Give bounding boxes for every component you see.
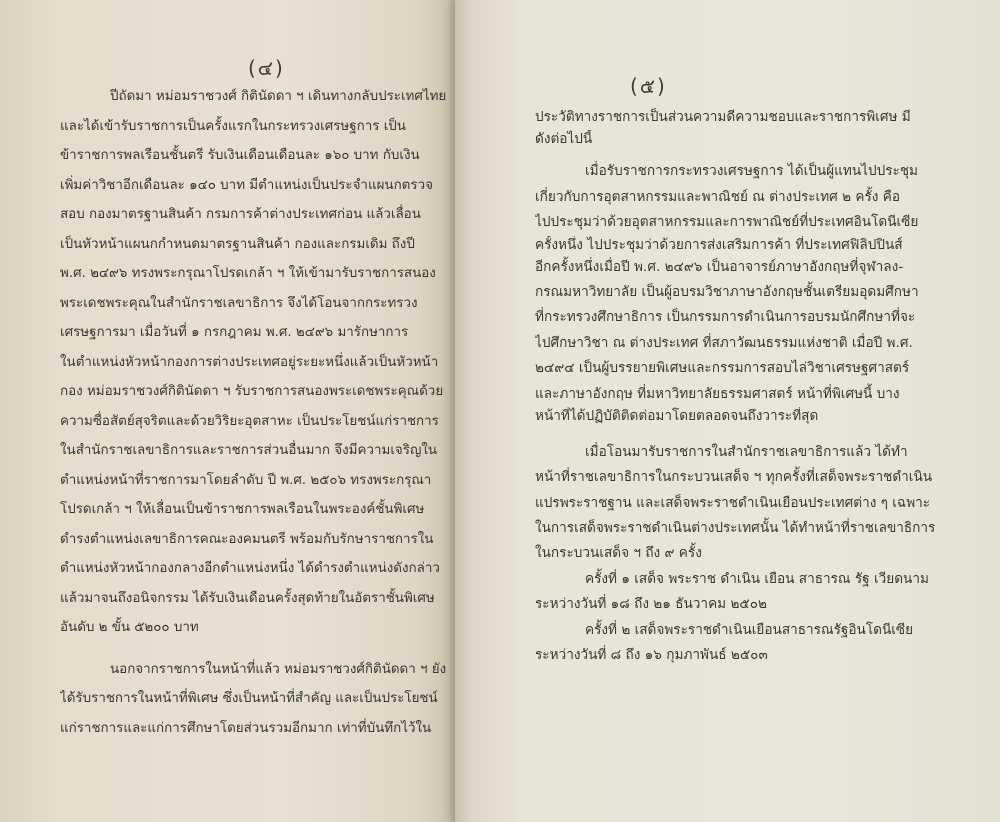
book-spread: (๔) ปีถัดมา หม่อมราชวงศ์ กิตินัดดา ฯ เดิ… — [0, 0, 1000, 822]
visit-2-line-2: ระหว่างวันที่ ๘ ถึง ๑๖ กุมภาพันธ์ ๒๕๐๓ — [535, 643, 975, 668]
text-line: ประวัติทางราชการเป็นส่วนความดีความชอบและ… — [535, 105, 975, 130]
right-page-body: ประวัติทางราชการเป็นส่วนความดีความชอบและ… — [535, 105, 975, 668]
text-line: สอบ กองมาตรฐานสินค้า กรมการค้าต่างประเทศ… — [60, 200, 505, 230]
text-line: ปีถัดมา หม่อมราชวงศ์ กิตินัดดา ฯ เดินทาง… — [60, 82, 505, 112]
visit-1-line-1: ครั้งที่ ๑ เสด็จ พระราช ดำเนิน เยือน สาธ… — [535, 567, 975, 592]
text-line: กรณมหาวิทยาลัย เป็นผู้อบรมวิชาภาษาอังกฤษ… — [535, 280, 975, 305]
text-line: เกี่ยวกับการอุตสาหกรรมและพาณิชย์ ณ ต่างป… — [535, 185, 975, 210]
text-line: ครั้งหนึ่ง ไปประชุมว่าด้วยการส่งเสริมการ… — [535, 236, 975, 255]
text-line: แล้วมาจนถึงอนิจกรรม ได้รับเงินเดือนครั้ง… — [60, 584, 505, 614]
text-line: ดำรงตำแหน่งเลขาธิการคณะองคมนตรี พร้อมกับ… — [60, 525, 505, 555]
text-line: พระเดชพระคุณในสำนักราชเลขาธิการ จึงได้โอ… — [60, 289, 505, 319]
right-page: (๕) ประวัติทางราชการเป็นส่วนความดีความชอ… — [455, 0, 1000, 822]
text-line: เมื่อรับราชการกระทรวงเศรษฐการ ได้เป็นผู้… — [535, 159, 975, 184]
paragraph-spacer — [535, 149, 975, 159]
text-line: ดังต่อไปนี้ — [535, 130, 975, 149]
text-line: หน้าที่ราชเลขาธิการในกระบวนเสด็จ ฯ ทุกคร… — [535, 465, 975, 490]
left-page: (๔) ปีถัดมา หม่อมราชวงศ์ กิตินัดดา ฯ เดิ… — [0, 0, 470, 822]
visit-2-line-1: ครั้งที่ ๒ เสด็จพระราชดำเนินเยือนสาธารณร… — [535, 618, 975, 643]
text-line: หน้าที่ได้ปฏิบัติติดต่อมาโดยตลอดจนถึงวาร… — [535, 407, 975, 426]
text-line: ในการเสด็จพระราชดำเนินต่างประเทศนั้น ได้… — [535, 516, 975, 541]
text-line: ที่กระทรวงศึกษาธิการ เป็นกรรมการดำเนินกา… — [535, 305, 975, 330]
text-line: เพิ่มค่าวิชาอีกเดือนละ ๑๔๐ บาท มีตำแหน่ง… — [60, 171, 505, 201]
paragraph-spacer — [535, 426, 975, 440]
text-line: ตำแหน่งหัวหน้ากองกลางอีกตำแหน่งหนึ่ง ได้… — [60, 554, 505, 584]
left-page-body: ปีถัดมา หม่อมราชวงศ์ กิตินัดดา ฯ เดินทาง… — [60, 82, 505, 743]
text-line: และได้เข้ารับราชการเป็นครั้งแรกในกระทรวง… — [60, 112, 505, 142]
text-line: และภาษาอังกฤษ ที่มหาวิทยาลัยธรรมศาสตร์ ห… — [535, 382, 975, 407]
text-line: เศรษฐการมา เมื่อวันที่ ๑ กรกฎาคม พ.ศ. ๒๔… — [60, 318, 505, 348]
text-line: กอง หม่อมราชวงศ์กิตินัดดา ฯ รับราชการสนอ… — [60, 377, 505, 407]
visit-1-line-2: ระหว่างวันที่ ๑๘ ถึง ๒๑ ธันวาคม ๒๕๐๒ — [535, 592, 975, 617]
text-line: ในสำนักราชเลขาธิการและราชการส่วนอื่นมาก … — [60, 436, 505, 466]
text-line: เป็นหัวหน้าแผนกกำหนดมาตรฐานสินค้า กองและ… — [60, 230, 505, 260]
text-line: ตำแหน่งหน้าที่ราชการมาโดยลำดับ ปี พ.ศ. ๒… — [60, 466, 505, 496]
text-line: ความซื่อสัตย์สุจริตและด้วยวิริยะอุตสาหะ … — [60, 407, 505, 437]
text-line: พ.ศ. ๒๔๙๖ ทรงพระกรุณาโปรดเกล้า ฯ ให้เข้า… — [60, 259, 505, 289]
text-line: แปรพระราชฐาน และเสด็จพระราชดำเนินเยือนปร… — [535, 491, 975, 516]
page-number-left: (๔) — [248, 52, 285, 84]
text-line: อีกครั้งหนึ่งเมื่อปี พ.ศ. ๒๔๙๖ เป็นอาจาร… — [535, 255, 975, 280]
text-line: แก่ราชการและแก่การศึกษาโดยส่วนรวมอีกมาก … — [60, 714, 505, 744]
text-line: เมื่อโอนมารับราชการในสำนักราชเลขาธิการแล… — [535, 440, 975, 465]
text-line: ได้รับราชการในหน้าที่พิเศษ ซึ่งเป็นหน้าท… — [60, 684, 505, 714]
text-line: ไปศึกษาวิชา ณ ต่างประเทศ ที่สภาวัฒนธรรมแ… — [535, 331, 975, 356]
text-line: ไปประชุมว่าด้วยอุตสาหกรรมและการพาณิชย์ที… — [535, 210, 975, 235]
text-line: อันดับ ๒ ขั้น ๕๒๐๐ บาท — [60, 613, 505, 643]
paragraph-spacer — [60, 643, 505, 655]
text-line: ข้าราชการพลเรือนชั้นตรี รับเงินเดือนเดือ… — [60, 141, 505, 171]
text-line: ๒๔๙๔ เป็นผู้บรรยายพิเศษและกรรมการสอบไล่ว… — [535, 356, 975, 381]
text-line: โปรดเกล้า ฯ ให้เลื่อนเป็นข้าราชการพลเรือ… — [60, 495, 505, 525]
text-line: ในตำแหน่งหัวหน้ากองการต่างประเทศอยู่ระยะ… — [60, 348, 505, 378]
text-line: ในกระบวนเสด็จ ฯ ถึง ๙ ครั้ง — [535, 541, 975, 566]
text-line: นอกจากราชการในหน้าที่แล้ว หม่อมราชวงศ์กิ… — [60, 655, 505, 685]
page-number-right: (๕) — [630, 70, 667, 102]
